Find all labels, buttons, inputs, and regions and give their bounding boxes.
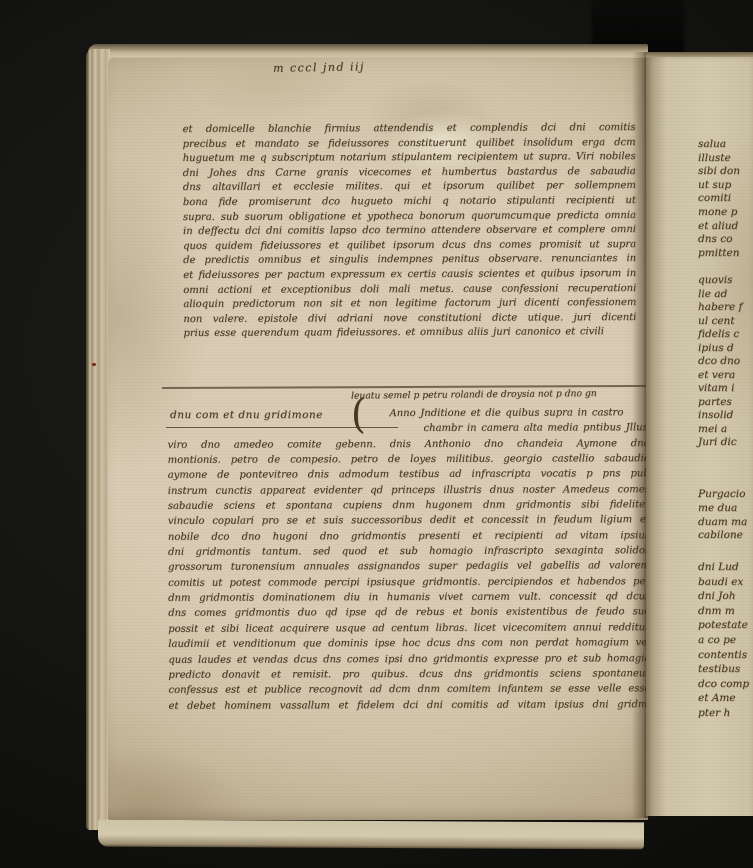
manuscript-line-fragment: pmitten: [698, 247, 753, 261]
manuscript-line-fragment: fidelis c: [698, 328, 753, 342]
manuscript-line: instrum cunctis appareat evidenter qd pr…: [168, 482, 650, 499]
manuscript-line-fragment: dnm m: [698, 604, 753, 619]
manuscript-line-fragment: dni Lud: [698, 560, 753, 575]
manuscript-line: quas laudes et vendas dcus dns comes ips…: [168, 651, 650, 668]
manuscript-line: comitis ut potest commode percipi ipsius…: [168, 574, 650, 591]
entry-block-1: et domicelle blanchie firmius attendendi…: [183, 121, 637, 342]
manuscript-line-fragment: dns co: [698, 233, 753, 247]
manuscript-line-fragment: et aliud: [698, 220, 753, 234]
manuscript-line-fragment: contentis: [698, 648, 753, 663]
manuscript-line: alioquin predictorum non sit et non legi…: [183, 296, 636, 313]
manuscript-line: laudimii et venditionum que dominis ipse…: [168, 635, 650, 652]
manuscript-line-fragment: dco comp: [698, 677, 753, 692]
manuscript-line-fragment: me dua: [698, 502, 753, 516]
manuscript-line-fragment: salua: [698, 138, 753, 152]
manuscript-line: prius esse querendum quam fideiussores. …: [183, 325, 636, 342]
manuscript-line: et debet hominem vassallum et fidelem dc…: [168, 697, 650, 714]
levy-note: leuatu semel p petru rolandi de droysia …: [351, 387, 651, 401]
manuscript-line-fragment: testibus: [698, 662, 753, 677]
manuscript-line: confessus est et publice recognovit ad d…: [168, 681, 650, 698]
manuscript-line-fragment: partes: [698, 396, 753, 410]
left-page-surface: m cccl jnd iij et domicelle blanchie fir…: [108, 58, 648, 820]
manuscript-line: in deffectu dci dni comitis lapso dco te…: [183, 223, 636, 240]
folio-header: m cccl jnd iij: [273, 60, 365, 75]
right-page-top-edge: [646, 52, 753, 57]
manuscript-line: aymone de pontevitreo dnis admodum testi…: [168, 467, 650, 484]
manuscript-line-fragment: ipius d: [698, 342, 753, 356]
manuscript-line-fragment: mone p: [698, 206, 753, 220]
manuscript-line-fragment: a co pe: [698, 633, 753, 648]
manuscript-line: sabaudie sciens et spontana cupiens dnm …: [168, 497, 650, 514]
right-page-fragments-3: Purgaciome duaduam macabilone: [698, 488, 753, 543]
page-edges-left: [86, 49, 110, 830]
manuscript-line: possit et sibi liceat acquirere usque ad…: [168, 620, 650, 637]
manuscript-line-fragment: lie ad: [698, 288, 753, 302]
manuscript-line: et fideiussores per pactum expressum ex …: [183, 267, 636, 284]
manuscript-line-fragment: potestate: [698, 618, 753, 633]
manuscript-line: chambr in camera alta media pntibus Jllu…: [168, 421, 650, 438]
manuscript-line: viro dno amedeo comite gebenn. dnis Anth…: [168, 436, 650, 453]
manuscript-line: vinculo copulari pro se et suis successo…: [168, 513, 650, 530]
manuscript-line-fragment: ut sup: [698, 179, 753, 193]
manuscript-line: huguetum me q subscriptum notarium stipu…: [183, 150, 636, 167]
manuscript-line: predicto donavit et remisit. pro quibus.…: [168, 666, 650, 683]
manuscript-line: nobile dco dno hugoni dno gridmontis pre…: [168, 528, 650, 545]
manuscript-line-fragment: vitam i: [698, 382, 753, 396]
right-page-fragments-1: saluaillustesibi donut supcomitimone pet…: [698, 138, 753, 260]
entry-block-2: Anno Jnditione et die quibus supra in ca…: [167, 405, 650, 714]
manuscript-line-fragment: baudi ex: [698, 575, 753, 590]
manuscript-line: Anno Jnditione et die quibus supra in ca…: [167, 405, 649, 422]
manuscript-line-fragment: illuste: [698, 152, 753, 166]
right-page: saluaillustesibi donut supcomitimone pet…: [646, 52, 753, 816]
manuscript-line-fragment: ul cent: [698, 315, 753, 329]
manuscript-line-fragment: habere f: [698, 301, 753, 315]
manuscript-line-fragment: et vera: [698, 369, 753, 383]
manuscript-line-fragment: cabilone: [698, 529, 753, 543]
red-ink-speck: [92, 363, 96, 366]
manuscript-line-fragment: mei a: [698, 423, 753, 437]
manuscript-line-fragment: et Ame: [698, 691, 753, 706]
right-page-fragments-2: quovislie adhabere ful centfidelis cipiu…: [698, 274, 753, 450]
manuscript-line: dns comes gridmontis duo qd ipse qd de r…: [168, 605, 650, 622]
manuscript-line: montionis. petro de compesio. petro de l…: [168, 451, 650, 468]
under-leaf-edge: [98, 820, 644, 850]
manuscript-line-fragment: quovis: [698, 274, 753, 288]
manuscript-line: et domicelle blanchie firmius attendendi…: [183, 121, 636, 138]
manuscript-line-fragment: dco dno: [698, 355, 753, 369]
left-page: m cccl jnd iij et domicelle blanchie fir…: [86, 44, 648, 848]
manuscript-line: bona fide promiserunt dco hugueto michi …: [183, 194, 636, 211]
right-page-fragments-4: dni Ludbaudi exdni Johdnm mpotestatea co…: [698, 560, 753, 721]
manuscript-line: grossorum turonensium annuales assignand…: [168, 559, 650, 576]
manuscript-line-fragment: pter h: [698, 706, 753, 721]
manuscript-photo: m cccl jnd iij et domicelle blanchie fir…: [0, 0, 753, 868]
manuscript-line-fragment: sibi don: [698, 165, 753, 179]
manuscript-line: dni gridmontis tantum. sed quod et sub h…: [168, 543, 650, 560]
manuscript-line-fragment: Juri dic: [698, 436, 753, 450]
manuscript-line: dnm gridmontis dominationem diu in human…: [168, 589, 650, 606]
manuscript-line-fragment: Purgacio: [698, 488, 753, 502]
manuscript-line-fragment: insolid: [698, 409, 753, 423]
manuscript-line-fragment: comiti: [698, 192, 753, 206]
manuscript-line-fragment: dni Joh: [698, 589, 753, 604]
manuscript-line-fragment: duam ma: [698, 516, 753, 530]
